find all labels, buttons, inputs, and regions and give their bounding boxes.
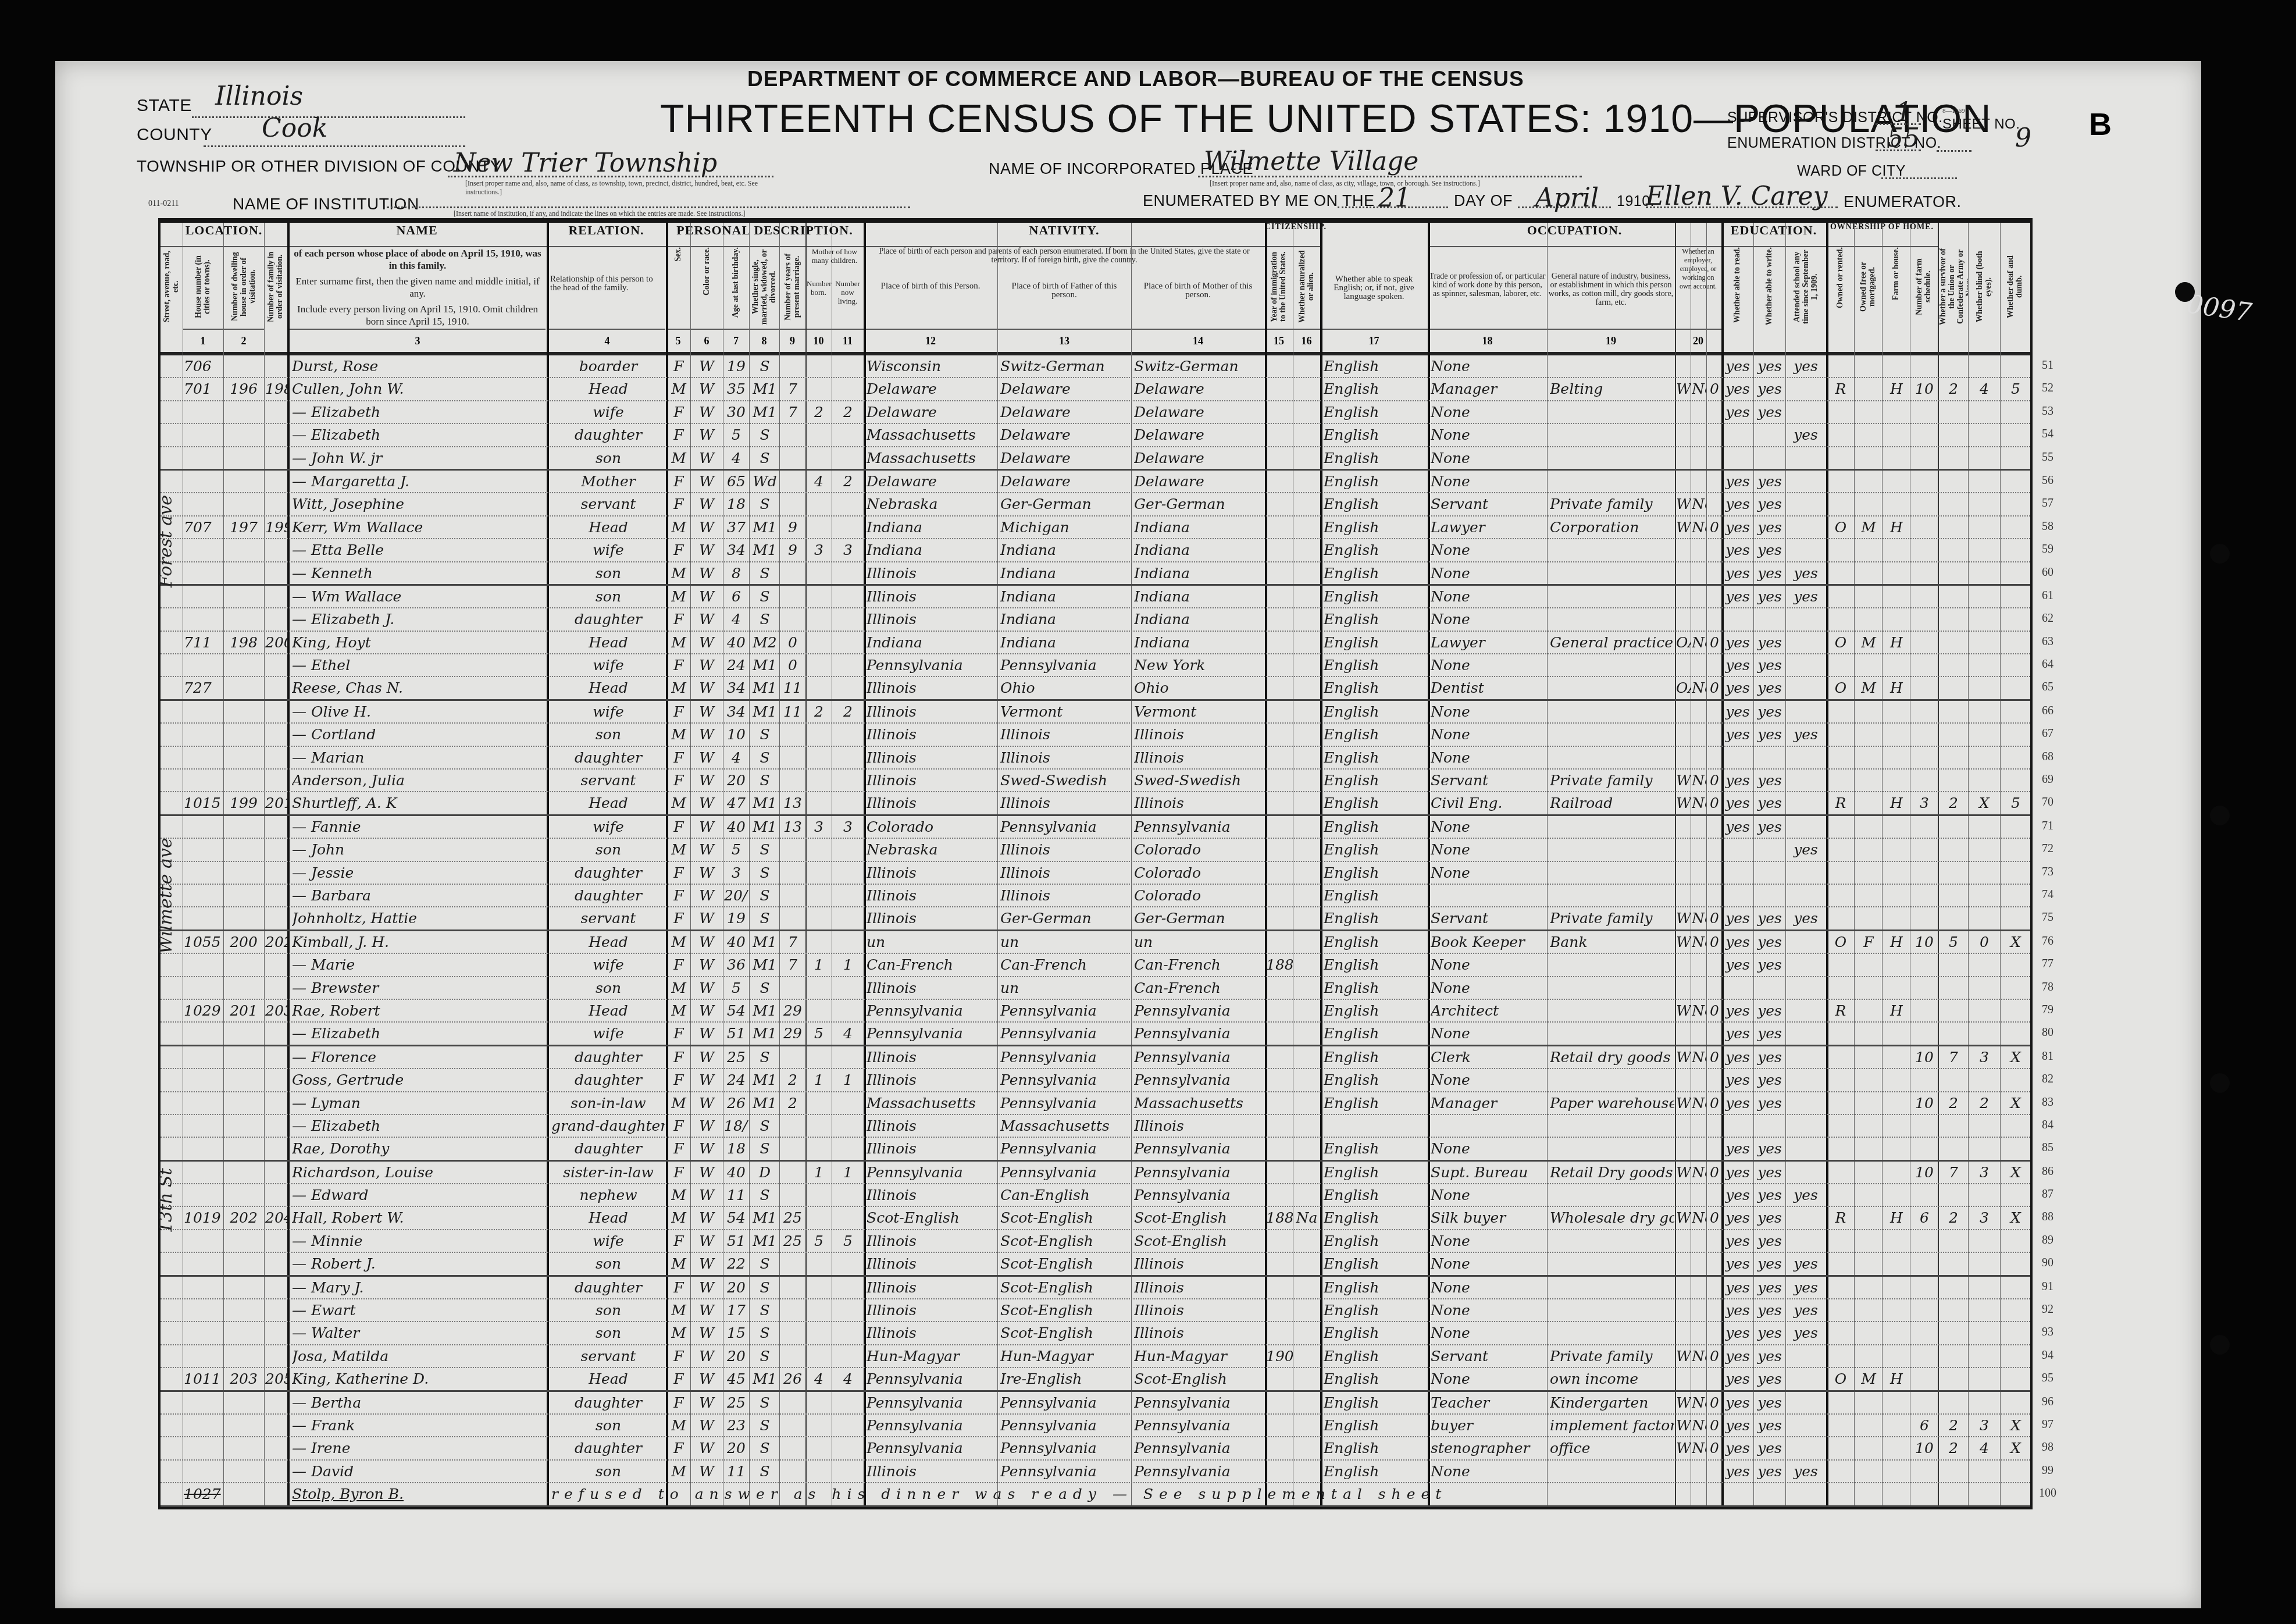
cell-deaf	[2001, 771, 2030, 790]
cell-vet	[1939, 1185, 1968, 1205]
cell-free	[1855, 1163, 1882, 1183]
cell-trade: None	[1431, 840, 1547, 860]
cell-free	[1855, 1208, 1882, 1228]
cell-house	[184, 1163, 222, 1183]
cell-sched	[1911, 771, 1938, 790]
cell-blind	[1969, 357, 1999, 376]
cell-race: W	[691, 656, 722, 675]
hdr-color: Color or race.	[690, 246, 723, 327]
cell-imm	[1266, 518, 1293, 537]
cell-family: 204	[265, 1208, 287, 1228]
cell-write: yes	[1755, 1001, 1785, 1021]
cell-industry	[1550, 1116, 1674, 1136]
sheet-value: 9	[2015, 123, 2031, 153]
cell-dwelling	[224, 1116, 263, 1136]
cell-sched	[1911, 494, 1938, 514]
cell-sex: M	[667, 1323, 690, 1343]
cell-vet: 2	[1939, 793, 1968, 813]
cell-fbp: Illinois	[1000, 748, 1131, 768]
cell-fh	[1883, 1323, 1910, 1343]
cell-blind	[1969, 1369, 1999, 1389]
cell-race: W	[691, 379, 722, 399]
cell-fh: H	[1883, 793, 1910, 813]
line-number: 57	[2036, 497, 2059, 510]
cell-name: Richardson, Louise	[292, 1163, 546, 1183]
cell-deaf	[2001, 1462, 2030, 1481]
cell-born: 4	[807, 472, 831, 492]
cell-trade: Servant	[1431, 494, 1547, 514]
table-row: — Lymanson-in-lawMW26M12MassachusettsPen…	[161, 1092, 2030, 1115]
cell-industry	[1550, 1278, 1674, 1298]
cell-nat	[1294, 564, 1320, 583]
cell-write	[1755, 748, 1785, 768]
cell-living	[833, 1254, 863, 1274]
cell-mbp: Illinois	[1134, 1301, 1264, 1320]
cell-yrs	[780, 472, 805, 492]
cell-free	[1855, 702, 1882, 722]
cell-house	[184, 702, 222, 722]
cell-bp: Illinois	[867, 1278, 997, 1298]
cell-read: yes	[1723, 1094, 1753, 1113]
cell-born: 1	[807, 1070, 831, 1090]
cell-emp	[1676, 587, 1691, 607]
cell-mbp: Colorado	[1134, 863, 1264, 883]
colnum-20: 20	[1675, 329, 1721, 352]
cell-nat	[1294, 1369, 1320, 1389]
cell-school	[1787, 748, 1825, 768]
group-name: NAME	[287, 223, 547, 247]
cell-emp	[1676, 403, 1691, 422]
hdr-industry: General nature of industry, business, or…	[1547, 246, 1675, 327]
hdr-read: Whether able to read.	[1721, 246, 1753, 327]
cell-emp	[1676, 1185, 1691, 1205]
cell-mbp: Pennsylvania	[1134, 1001, 1264, 1021]
cell-school	[1787, 1163, 1825, 1183]
cell-marital: S	[750, 725, 779, 745]
cell-age: 5	[724, 978, 748, 998]
cell-oow	[1692, 817, 1706, 837]
cell-wks	[1707, 587, 1721, 607]
line-number: 80	[2036, 1026, 2059, 1039]
line-number: 83	[2036, 1096, 2059, 1109]
cell-vet	[1939, 1323, 1968, 1343]
cell-eng: English	[1324, 633, 1427, 653]
cell-nat	[1294, 1024, 1320, 1044]
line-number: 89	[2036, 1234, 2059, 1247]
cell-house	[184, 1185, 222, 1205]
cell-trade: None	[1431, 1462, 1547, 1481]
cell-write: yes	[1755, 817, 1785, 837]
cell-dwelling	[224, 1139, 263, 1159]
cell-yrs: 25	[780, 1208, 805, 1228]
cell-vet	[1939, 518, 1968, 537]
cell-relation: Head	[551, 1208, 665, 1228]
cell-own	[1827, 1416, 1854, 1436]
cell-mbp: Ohio	[1134, 678, 1264, 698]
hdr-employer: Whether an employer, employee, or workin…	[1675, 246, 1721, 327]
cell-school	[1787, 702, 1825, 722]
cell-bp: Delaware	[867, 379, 997, 399]
cell-emp	[1676, 817, 1691, 837]
cell-name: — Etta Belle	[292, 540, 546, 560]
cell-free	[1855, 1393, 1882, 1413]
cell-sex: F	[667, 425, 690, 445]
cell-industry: Railroad	[1550, 793, 1674, 813]
cell-bp: Illinois	[867, 678, 997, 698]
cell-blind	[1969, 1185, 1999, 1205]
cell-blind	[1969, 1231, 1999, 1251]
cell-blind	[1969, 1347, 1999, 1366]
day-of-label: day of	[1454, 192, 1513, 210]
cell-school	[1787, 1438, 1825, 1458]
cell-vet: 2	[1939, 1438, 1968, 1458]
cell-nat	[1294, 793, 1320, 813]
cell-family	[265, 886, 287, 906]
cell-sched	[1911, 1024, 1938, 1044]
cell-fh	[1883, 472, 1910, 492]
cell-read	[1723, 448, 1753, 468]
cell-deaf	[2001, 725, 2030, 745]
cell-oow: No	[1692, 1048, 1706, 1067]
colnum-11: 11	[832, 329, 864, 352]
cell-fbp: Pennsylvania	[1000, 1139, 1131, 1159]
cell-emp	[1676, 448, 1691, 468]
line-number: 85	[2036, 1141, 2059, 1155]
cell-wks: 0	[1707, 793, 1721, 813]
hdr-english: Whether able to speak English; or, if no…	[1320, 246, 1428, 327]
cell-age: 19	[724, 909, 748, 928]
institution-label: Name of institution	[233, 195, 419, 213]
cell-school	[1787, 1139, 1825, 1159]
cell-imm	[1266, 540, 1293, 560]
cell-write: yes	[1755, 793, 1785, 813]
cell-blind	[1969, 748, 1999, 768]
cell-yrs: 7	[780, 403, 805, 422]
cell-free	[1855, 1323, 1882, 1343]
cell-eng: English	[1324, 610, 1427, 629]
cell-bp: Pennsylvania	[867, 1024, 997, 1044]
cell-marital: S	[750, 840, 779, 860]
cell-oow	[1692, 357, 1706, 376]
cell-race: W	[691, 1139, 722, 1159]
cell-relation: daughter	[551, 425, 665, 445]
cell-age: 25	[724, 1048, 748, 1067]
table-row: 707197199Kerr, Wm WallaceHeadMW37M19Indi…	[161, 517, 2030, 539]
cell-living	[833, 840, 863, 860]
cell-bp: Illinois	[867, 725, 997, 745]
cell-relation: son-in-law	[551, 1094, 665, 1113]
cell-bp: Indiana	[867, 540, 997, 560]
cell-emp: W	[1676, 771, 1691, 790]
cell-free	[1855, 1070, 1882, 1090]
cell-write: yes	[1755, 725, 1785, 745]
cell-born	[807, 425, 831, 445]
cell-mbp: Delaware	[1134, 403, 1264, 422]
cell-emp	[1676, 1278, 1691, 1298]
cell-emp	[1676, 1369, 1691, 1389]
cell-yrs	[780, 425, 805, 445]
cell-age: 5	[724, 840, 748, 860]
cell-vet	[1939, 909, 1968, 928]
cell-fbp: Illinois	[1000, 863, 1131, 883]
cell-wks	[1707, 748, 1721, 768]
cell-sex: F	[667, 771, 690, 790]
cell-read: yes	[1723, 564, 1753, 583]
cell-nat	[1294, 1001, 1320, 1021]
cell-eng: English	[1324, 932, 1427, 952]
cell-family	[265, 1094, 287, 1113]
line-number: 92	[2036, 1303, 2059, 1316]
cell-emp: W	[1676, 1208, 1691, 1228]
cell-emp	[1676, 472, 1691, 492]
institution-line	[387, 206, 910, 208]
cell-write: yes	[1755, 656, 1785, 675]
cell-living	[833, 748, 863, 768]
table-row: — WaltersonMW15SIllinoisScot-EnglishIlli…	[161, 1322, 2030, 1345]
cell-emp	[1676, 1301, 1691, 1320]
cell-deaf	[2001, 909, 2030, 928]
cell-living	[833, 886, 863, 906]
cell-wks: 0	[1707, 932, 1721, 952]
cell-industry	[1550, 840, 1674, 860]
cell-race: W	[691, 978, 722, 998]
cell-mbp: Switz-German	[1134, 357, 1264, 376]
cell-wks	[1707, 817, 1721, 837]
cell-wks	[1707, 425, 1721, 445]
cell-own: R	[1827, 1001, 1854, 1021]
enumerator-name: Ellen V. Carey	[1646, 181, 1828, 211]
cell-mbp: Scot-English	[1134, 1208, 1264, 1228]
cell-wks	[1707, 1231, 1721, 1251]
cell-own	[1827, 886, 1854, 906]
line-number: 65	[2036, 681, 2059, 694]
cell-trade: None	[1431, 1301, 1547, 1320]
cell-school	[1787, 403, 1825, 422]
punch-hole	[2175, 282, 2195, 302]
cell-relation: boarder	[551, 357, 665, 376]
line-number: 82	[2036, 1073, 2059, 1086]
line-number: 93	[2036, 1326, 2059, 1339]
cell-nat	[1294, 1094, 1320, 1113]
cell-fh	[1883, 587, 1910, 607]
cell-living	[833, 518, 863, 537]
cell-school: yes	[1787, 840, 1825, 860]
cell-marital: S	[750, 357, 779, 376]
cell-own: O	[1827, 633, 1854, 653]
cell-marital: S	[750, 978, 779, 998]
cell-imm	[1266, 771, 1293, 790]
table-row: — BarbaradaughterFW20/12SIllinoisIllinoi…	[161, 885, 2030, 907]
cell-age: 20	[724, 1278, 748, 1298]
cell-dwelling	[224, 610, 263, 629]
cell-school: yes	[1787, 1185, 1825, 1205]
cell-vet: 2	[1939, 1094, 1968, 1113]
cell-vet	[1939, 425, 1968, 445]
cell-eng: English	[1324, 1208, 1427, 1228]
cell-school	[1787, 379, 1825, 399]
county-line	[204, 145, 465, 147]
hdr-dwelling: Number of dwelling house in order of vis…	[223, 246, 264, 327]
cell-own	[1827, 1462, 1854, 1481]
cell-bp: Wisconsin	[867, 357, 997, 376]
hdr-name: of each person whose place of abode on A…	[290, 246, 546, 327]
cell-wks	[1707, 1254, 1721, 1274]
cell-living	[833, 1048, 863, 1067]
cell-trade: None	[1431, 540, 1547, 560]
cell-sched: 3	[1911, 793, 1938, 813]
cell-bp: Hun-Magyar	[867, 1347, 997, 1366]
cell-own: O	[1827, 1369, 1854, 1389]
cell-free	[1855, 1185, 1882, 1205]
cell-school	[1787, 978, 1825, 998]
cell-dwelling	[224, 403, 263, 422]
cell-sex: M	[667, 448, 690, 468]
cell-eng: English	[1324, 1139, 1427, 1159]
cell-living	[833, 656, 863, 675]
cell-eng: English	[1324, 1323, 1427, 1343]
cell-sched	[1911, 678, 1938, 698]
cell-mbp: un	[1134, 932, 1264, 952]
cell-free	[1855, 1254, 1882, 1274]
cell-dwelling	[224, 1070, 263, 1090]
cell-free	[1855, 1462, 1882, 1481]
cell-deaf	[2001, 1116, 2030, 1136]
cell-emp	[1676, 863, 1691, 883]
cell-blind	[1969, 886, 1999, 906]
cell-eng: English	[1324, 1462, 1427, 1481]
table-row: — IrenedaughterFW20SPennsylvaniaPennsylv…	[161, 1437, 2030, 1460]
cell-relation: wife	[551, 955, 665, 975]
cell-write: yes	[1755, 540, 1785, 560]
cell-yrs	[780, 610, 805, 629]
cell-relation: servant	[551, 771, 665, 790]
cell-born	[807, 1001, 831, 1021]
line-number: 61	[2036, 589, 2059, 603]
line-number: 58	[2036, 520, 2059, 533]
cell-name: Witt, Josephine	[292, 494, 546, 514]
cell-wks: 0	[1707, 909, 1721, 928]
cell-marital: S	[750, 1254, 779, 1274]
township-note: [Insert proper name and, also, name of c…	[465, 179, 791, 197]
cell-marital: M1	[750, 702, 779, 722]
cell-blind	[1969, 725, 1999, 745]
ward-line	[1881, 177, 1957, 179]
cell-age: 22	[724, 1254, 748, 1274]
cell-school	[1787, 1048, 1825, 1067]
cell-relation: servant	[551, 494, 665, 514]
cell-write: yes	[1755, 1369, 1785, 1389]
cell-industry	[1550, 1024, 1674, 1044]
cell-oow: No	[1692, 909, 1706, 928]
cell-marital: S	[750, 863, 779, 883]
cell-sched	[1911, 472, 1938, 492]
cell-fh	[1883, 1116, 1910, 1136]
cell-house: 711	[184, 633, 222, 653]
cell-relation: wife	[551, 817, 665, 837]
cell-vet	[1939, 1393, 1968, 1413]
cell-own	[1827, 955, 1854, 975]
cell-blind	[1969, 978, 1999, 998]
cell-marital: S	[750, 448, 779, 468]
cell-born	[807, 886, 831, 906]
cell-free	[1855, 379, 1882, 399]
sheet-side: B	[2089, 106, 2112, 143]
cell-fbp: Pennsylvania	[1000, 1070, 1131, 1090]
cell-sched	[1911, 1393, 1938, 1413]
cell-age: 35	[724, 379, 748, 399]
cell-yrs: 13	[780, 793, 805, 813]
cell-wks: 0	[1707, 1094, 1721, 1113]
cell-emp	[1676, 1323, 1691, 1343]
cell-relation: Head	[551, 932, 665, 952]
cell-trade: Clerk	[1431, 1048, 1547, 1067]
cell-eng: English	[1324, 425, 1427, 445]
cell-blind	[1969, 863, 1999, 883]
cell-blind: X	[1969, 793, 1999, 813]
cell-fbp: Scot-English	[1000, 1301, 1131, 1320]
cell-fh	[1883, 1301, 1910, 1320]
cell-age: 51	[724, 1024, 748, 1044]
cell-read: yes	[1723, 909, 1753, 928]
cell-mbp: Pennsylvania	[1134, 1163, 1264, 1183]
cell-school	[1787, 656, 1825, 675]
cell-eng: English	[1324, 702, 1427, 722]
cell-mbp: Scot-English	[1134, 1231, 1264, 1251]
cell-free	[1855, 1024, 1882, 1044]
cell-house	[184, 1254, 222, 1274]
cell-wks: 0	[1707, 771, 1721, 790]
cell-marital: M1	[750, 403, 779, 422]
cell-sched	[1911, 1254, 1938, 1274]
cell-fbp: Ger-German	[1000, 909, 1131, 928]
cell-yrs: 29	[780, 1024, 805, 1044]
cell-fh	[1883, 702, 1910, 722]
cell-mbp: Ger-German	[1134, 909, 1264, 928]
cell-mbp: Pennsylvania	[1134, 817, 1264, 837]
cell-born	[807, 1094, 831, 1113]
cell-dwelling	[224, 1231, 263, 1251]
cell-industry: Wholesale dry goods	[1550, 1208, 1674, 1228]
group-location: LOCATION.	[161, 223, 287, 247]
cell-read: yes	[1723, 1185, 1753, 1205]
cell-age: 25	[724, 1393, 748, 1413]
cell-free	[1855, 425, 1882, 445]
cell-imm	[1266, 1024, 1293, 1044]
cell-sched	[1911, 1278, 1938, 1298]
cell-trade: None	[1431, 425, 1547, 445]
cell-family	[265, 656, 287, 675]
cell-wks	[1707, 1278, 1721, 1298]
cell-imm: 1880	[1266, 1208, 1293, 1228]
cell-emp: W	[1676, 932, 1691, 952]
cell-industry: Bank	[1550, 932, 1674, 952]
cell-trade: None	[1431, 1139, 1547, 1159]
cell-sex: M	[667, 1301, 690, 1320]
cell-write: yes	[1755, 472, 1785, 492]
cell-imm	[1266, 1278, 1293, 1298]
cell-emp: OA	[1676, 633, 1691, 653]
cell-sex: F	[667, 1393, 690, 1413]
cell-bp: Illinois	[867, 909, 997, 928]
cell-fh	[1883, 494, 1910, 514]
cell-sex: F	[667, 955, 690, 975]
cell-age: 8	[724, 564, 748, 583]
cell-blind: 2	[1969, 1094, 1999, 1113]
cell-free	[1855, 817, 1882, 837]
cell-imm	[1266, 1116, 1293, 1136]
cell-trade: None	[1431, 448, 1547, 468]
refused-note: refused to answer as his dinner was read…	[551, 1484, 1714, 1504]
